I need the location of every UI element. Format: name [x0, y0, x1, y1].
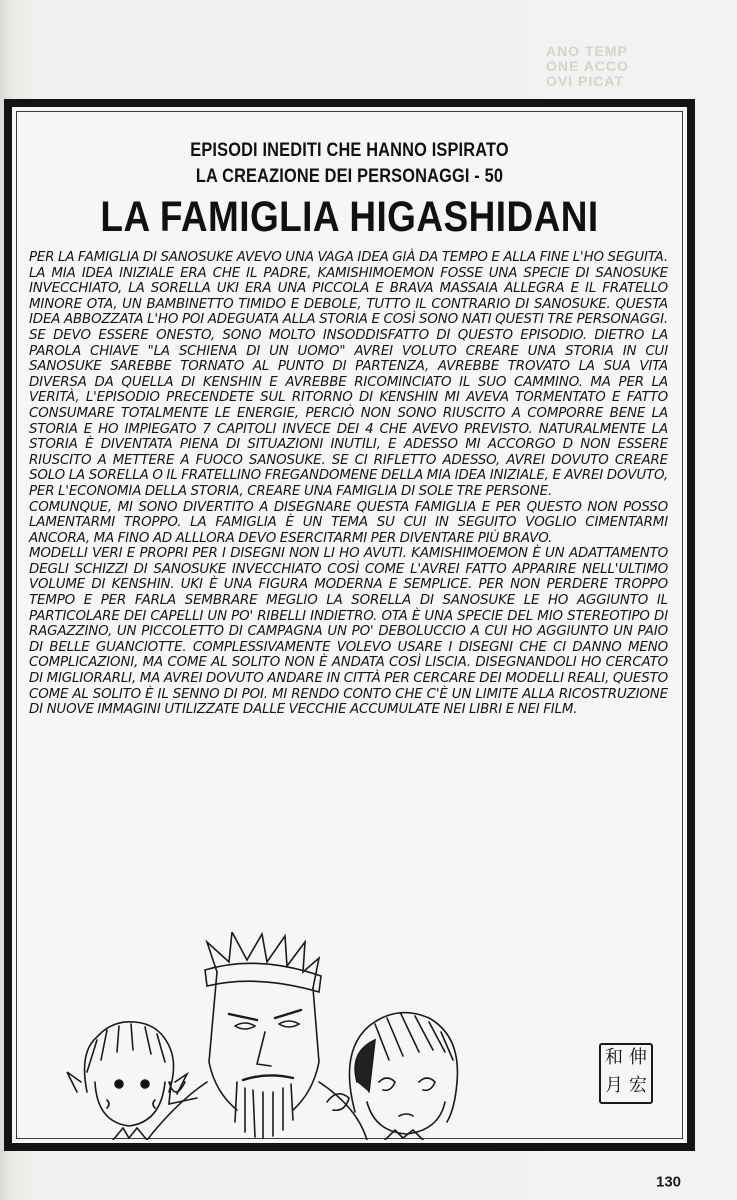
artist-seal-stamp: 伸 和 宏 月: [599, 1043, 653, 1104]
page-title: LA FAMIGLIA HIGASHIDANI: [64, 192, 636, 242]
seal-char: 和: [602, 1046, 626, 1074]
page-frame: EPISODI INEDITI CHE HANNO ISPIRATO LA CR…: [4, 99, 695, 1151]
page-header: EPISODI INEDITI CHE HANNO ISPIRATO LA CR…: [17, 138, 682, 242]
page-number: 130: [656, 1174, 681, 1191]
bleed-through-text: ANO TEMP ONE ACCO OVI PICAT: [546, 44, 676, 89]
paragraph: PER LA FAMIGLIA DI SANOSUKE AVEVO UNA VA…: [29, 250, 668, 500]
subtitle-line: EPISODI INEDITI CHE HANNO ISPIRATO: [64, 138, 636, 164]
seal-char: 伸: [626, 1046, 650, 1074]
article-body: PER LA FAMIGLIA DI SANOSUKE AVEVO UNA VA…: [29, 250, 668, 718]
seal-char: 月: [602, 1074, 626, 1102]
character-sketch-illustration: [57, 932, 617, 1140]
uki-sketch-icon: [349, 1013, 457, 1140]
paragraph: COMUNQUE, MI SONO DIVERTITO A DISEGNARE …: [29, 500, 668, 547]
paragraph: MODELLI VERI E PROPRI PER I DISEGNI NON …: [29, 546, 668, 718]
ota-sketch-icon: [67, 1022, 187, 1140]
seal-char: 宏: [626, 1074, 650, 1102]
inner-border: EPISODI INEDITI CHE HANNO ISPIRATO LA CR…: [16, 111, 683, 1139]
subtitle-line: LA CREAZIONE DEI PERSONAGGI - 50: [64, 164, 636, 190]
kamishimoemon-sketch-icon: [147, 932, 367, 1140]
